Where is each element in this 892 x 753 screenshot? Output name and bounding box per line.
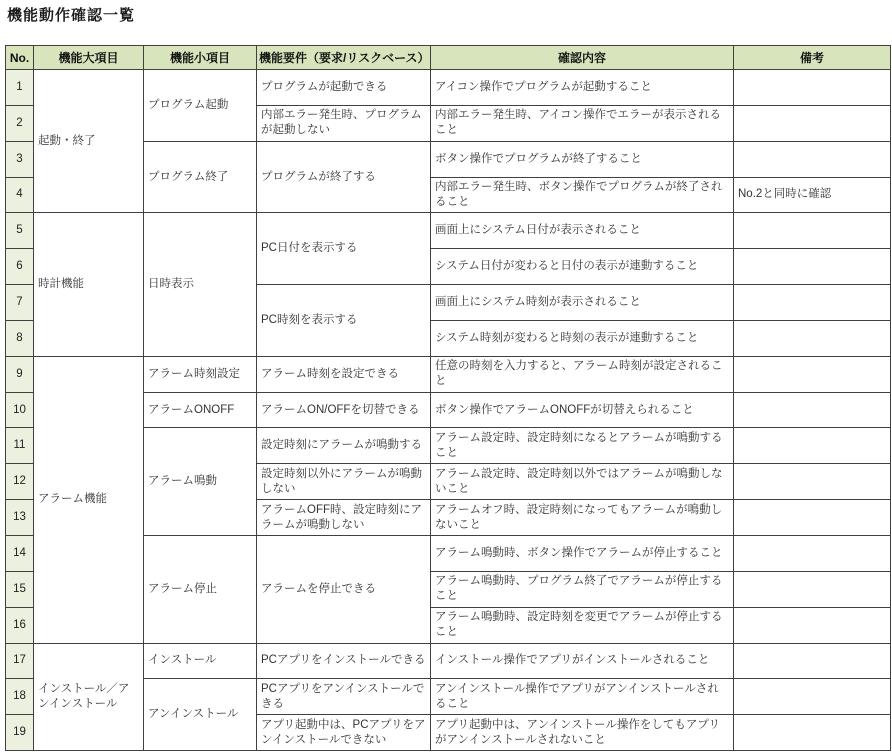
major-item-cell: 起動・終了 xyxy=(34,70,144,213)
remarks-cell xyxy=(734,141,891,177)
requirement-cell: アラームOFF時、設定時刻にアラームが鳴動しない xyxy=(257,500,431,536)
minor-item-cell: アンインストール xyxy=(144,679,257,751)
confirmation-cell: アンインストール操作でアプリがアンインストールされること xyxy=(431,679,734,715)
row-number-cell: 17 xyxy=(6,643,34,679)
remarks-cell xyxy=(734,643,891,679)
requirement-cell: 設定時刻以外にアラームが鳴動しない xyxy=(257,464,431,500)
requirement-cell: PC日付を表示する xyxy=(257,213,431,285)
confirmation-cell: アイコン操作でプログラムが起動すること xyxy=(431,70,734,106)
table-row: 1起動・終了プログラム起動プログラムが起動できるアイコン操作でプログラムが起動す… xyxy=(6,70,891,106)
requirement-cell: プログラムが起動できる xyxy=(257,70,431,106)
remarks-cell xyxy=(734,464,891,500)
confirmation-cell: アラーム設定時、設定時刻になるとアラームが鳴動すること xyxy=(431,428,734,464)
col-header-requirement: 機能要件（要求/リスクベース） xyxy=(257,46,431,70)
confirmation-cell: アラーム鳴動時、プログラム終了でアラームが停止すること xyxy=(431,571,734,607)
row-number-cell: 3 xyxy=(6,141,34,177)
row-number-cell: 7 xyxy=(6,285,34,321)
remarks-cell: No.2と同時に確認 xyxy=(734,177,891,213)
remarks-cell xyxy=(734,70,891,106)
remarks-cell xyxy=(734,607,891,643)
requirement-cell: プログラムが終了する xyxy=(257,141,431,213)
row-number-cell: 15 xyxy=(6,571,34,607)
row-number-cell: 8 xyxy=(6,320,34,356)
requirement-cell: PCアプリをインストールできる xyxy=(257,643,431,679)
major-item-cell: インストール／アンインストール xyxy=(34,643,144,751)
requirement-cell: 内部エラー発生時、プログラムが起動しない xyxy=(257,105,431,141)
confirmation-cell: 画面上にシステム日付が表示されること xyxy=(431,213,734,249)
table-body: 1起動・終了プログラム起動プログラムが起動できるアイコン操作でプログラムが起動す… xyxy=(6,70,891,751)
row-number-cell: 16 xyxy=(6,607,34,643)
major-item-cell: 時計機能 xyxy=(34,213,144,356)
col-header-no: No. xyxy=(6,46,34,70)
col-header-confirmation: 確認内容 xyxy=(431,46,734,70)
col-header-major-item: 機能大項目 xyxy=(34,46,144,70)
confirmation-cell: アラーム鳴動時、設定時刻を変更でアラームが停止すること xyxy=(431,607,734,643)
row-number-cell: 10 xyxy=(6,392,34,428)
requirement-cell: アプリ起動中は、PCアプリをアンインストールできない xyxy=(257,715,431,751)
confirmation-cell: システム時刻が変わると時刻の表示が連動すること xyxy=(431,320,734,356)
major-item-cell: アラーム機能 xyxy=(34,356,144,643)
minor-item-cell: アラーム鳴動 xyxy=(144,428,257,536)
remarks-cell xyxy=(734,249,891,285)
remarks-cell xyxy=(734,500,891,536)
minor-item-cell: プログラム起動 xyxy=(144,70,257,142)
row-number-cell: 4 xyxy=(6,177,34,213)
remarks-cell xyxy=(734,356,891,392)
requirement-cell: 設定時刻にアラームが鳴動する xyxy=(257,428,431,464)
row-number-cell: 13 xyxy=(6,500,34,536)
requirement-cell: アラームON/OFFを切替できる xyxy=(257,392,431,428)
row-number-cell: 1 xyxy=(6,70,34,106)
confirmation-cell: アラームオフ時、設定時刻になってもアラームが鳴動しないこと xyxy=(431,500,734,536)
minor-item-cell: インストール xyxy=(144,643,257,679)
table-row: 17インストール／アンインストールインストールPCアプリをインストールできるイン… xyxy=(6,643,891,679)
row-number-cell: 14 xyxy=(6,535,34,571)
minor-item-cell: アラーム停止 xyxy=(144,535,257,643)
confirmation-cell: ボタン操作でプログラムが終了すること xyxy=(431,141,734,177)
table-header-row: No.機能大項目機能小項目機能要件（要求/リスクベース）確認内容備考 xyxy=(6,46,891,70)
col-header-remarks: 備考 xyxy=(734,46,891,70)
row-number-cell: 12 xyxy=(6,464,34,500)
row-number-cell: 9 xyxy=(6,356,34,392)
remarks-cell xyxy=(734,392,891,428)
confirmation-cell: ボタン操作でアラームONOFFが切替えられること xyxy=(431,392,734,428)
remarks-cell xyxy=(734,285,891,321)
minor-item-cell: 日時表示 xyxy=(144,213,257,356)
requirement-cell: PCアプリをアンインストールできる xyxy=(257,679,431,715)
function-check-table: No.機能大項目機能小項目機能要件（要求/リスクベース）確認内容備考 1起動・終… xyxy=(5,45,891,751)
row-number-cell: 11 xyxy=(6,428,34,464)
row-number-cell: 5 xyxy=(6,213,34,249)
confirmation-cell: 内部エラー発生時、アイコン操作でエラーが表示されること xyxy=(431,105,734,141)
remarks-cell xyxy=(734,715,891,751)
confirmation-cell: アプリ起動中は、アンインストール操作をしてもアプリがアンインストールされないこと xyxy=(431,715,734,751)
confirmation-cell: 画面上にシステム時刻が表示されること xyxy=(431,285,734,321)
requirement-cell: アラーム時刻を設定できる xyxy=(257,356,431,392)
row-number-cell: 2 xyxy=(6,105,34,141)
requirement-cell: PC時刻を表示する xyxy=(257,285,431,357)
remarks-cell xyxy=(734,213,891,249)
confirmation-cell: 内部エラー発生時、ボタン操作でプログラムが終了されること xyxy=(431,177,734,213)
row-number-cell: 19 xyxy=(6,715,34,751)
minor-item-cell: アラームONOFF xyxy=(144,392,257,428)
remarks-cell xyxy=(734,320,891,356)
minor-item-cell: アラーム時刻設定 xyxy=(144,356,257,392)
remarks-cell xyxy=(734,571,891,607)
minor-item-cell: プログラム終了 xyxy=(144,141,257,213)
row-number-cell: 6 xyxy=(6,249,34,285)
row-number-cell: 18 xyxy=(6,679,34,715)
col-header-minor-item: 機能小項目 xyxy=(144,46,257,70)
confirmation-cell: 任意の時刻を入力すると、アラーム時刻が設定されること xyxy=(431,356,734,392)
remarks-cell xyxy=(734,535,891,571)
remarks-cell xyxy=(734,428,891,464)
confirmation-cell: アラーム鳴動時、ボタン操作でアラームが停止すること xyxy=(431,535,734,571)
remarks-cell xyxy=(734,679,891,715)
page-title: 機能動作確認一覧 xyxy=(7,4,135,25)
remarks-cell xyxy=(734,105,891,141)
table-row: 9アラーム機能アラーム時刻設定アラーム時刻を設定できる任意の時刻を入力すると、ア… xyxy=(6,356,891,392)
confirmation-cell: アラーム設定時、設定時刻以外ではアラームが鳴動しないこと xyxy=(431,464,734,500)
confirmation-cell: インストール操作でアプリがインストールされること xyxy=(431,643,734,679)
confirmation-cell: システム日付が変わると日付の表示が連動すること xyxy=(431,249,734,285)
requirement-cell: アラームを停止できる xyxy=(257,535,431,643)
table-row: 5時計機能日時表示PC日付を表示する画面上にシステム日付が表示されること xyxy=(6,213,891,249)
